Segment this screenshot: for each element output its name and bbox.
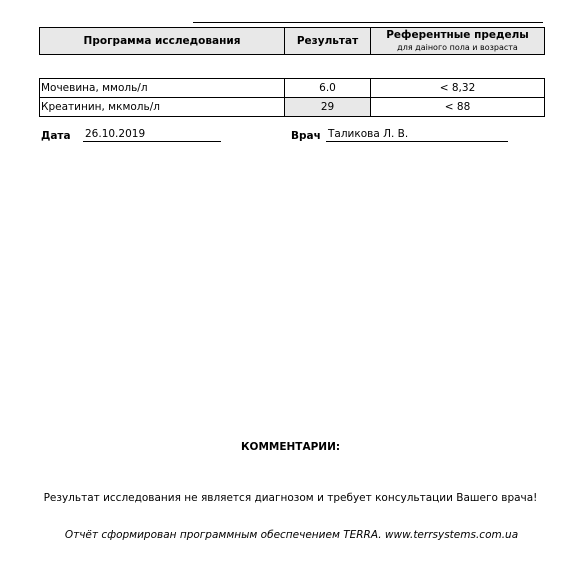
table-row: Мочевина, ммоль/л 6.0 < 8,32 bbox=[40, 79, 545, 98]
test-reference: < 88 bbox=[371, 98, 545, 117]
test-reference: < 8,32 bbox=[371, 79, 545, 98]
doctor-value: Таликова Л. В. bbox=[326, 127, 508, 142]
comments-title: КОММЕНТАРИИ: bbox=[0, 441, 569, 453]
results-table-header: Программа исследования Результат Референ… bbox=[39, 27, 545, 55]
footer-credit: Отчёт сформирован программным обеспечени… bbox=[0, 529, 569, 541]
test-name: Мочевина, ммоль/л bbox=[40, 79, 285, 98]
reference-title: Референтные пределы bbox=[386, 29, 529, 41]
column-header-program: Программа исследования bbox=[40, 28, 285, 55]
reference-subtitle: для даіного пола и возраста bbox=[371, 42, 544, 54]
test-name: Креатинин, мкмоль/л bbox=[40, 98, 285, 117]
test-result: 29 bbox=[285, 98, 371, 117]
results-table: Мочевина, ммоль/л 6.0 < 8,32 Креатинин, … bbox=[39, 78, 545, 117]
test-result: 6.0 bbox=[285, 79, 371, 98]
column-header-reference: Референтные пределы для даіного пола и в… bbox=[371, 28, 545, 55]
doctor-block: ВрачТаликова Л. В. bbox=[291, 127, 508, 142]
doctor-label: Врач bbox=[291, 130, 326, 142]
date-block: Дата26.10.2019 bbox=[41, 127, 221, 142]
top-rule bbox=[193, 22, 543, 23]
date-label: Дата bbox=[41, 130, 83, 142]
disclaimer: Результат исследования не является диагн… bbox=[0, 492, 569, 504]
date-value: 26.10.2019 bbox=[83, 127, 221, 142]
table-row: Креатинин, мкмоль/л 29 < 88 bbox=[40, 98, 545, 117]
column-header-result: Результат bbox=[285, 28, 371, 55]
